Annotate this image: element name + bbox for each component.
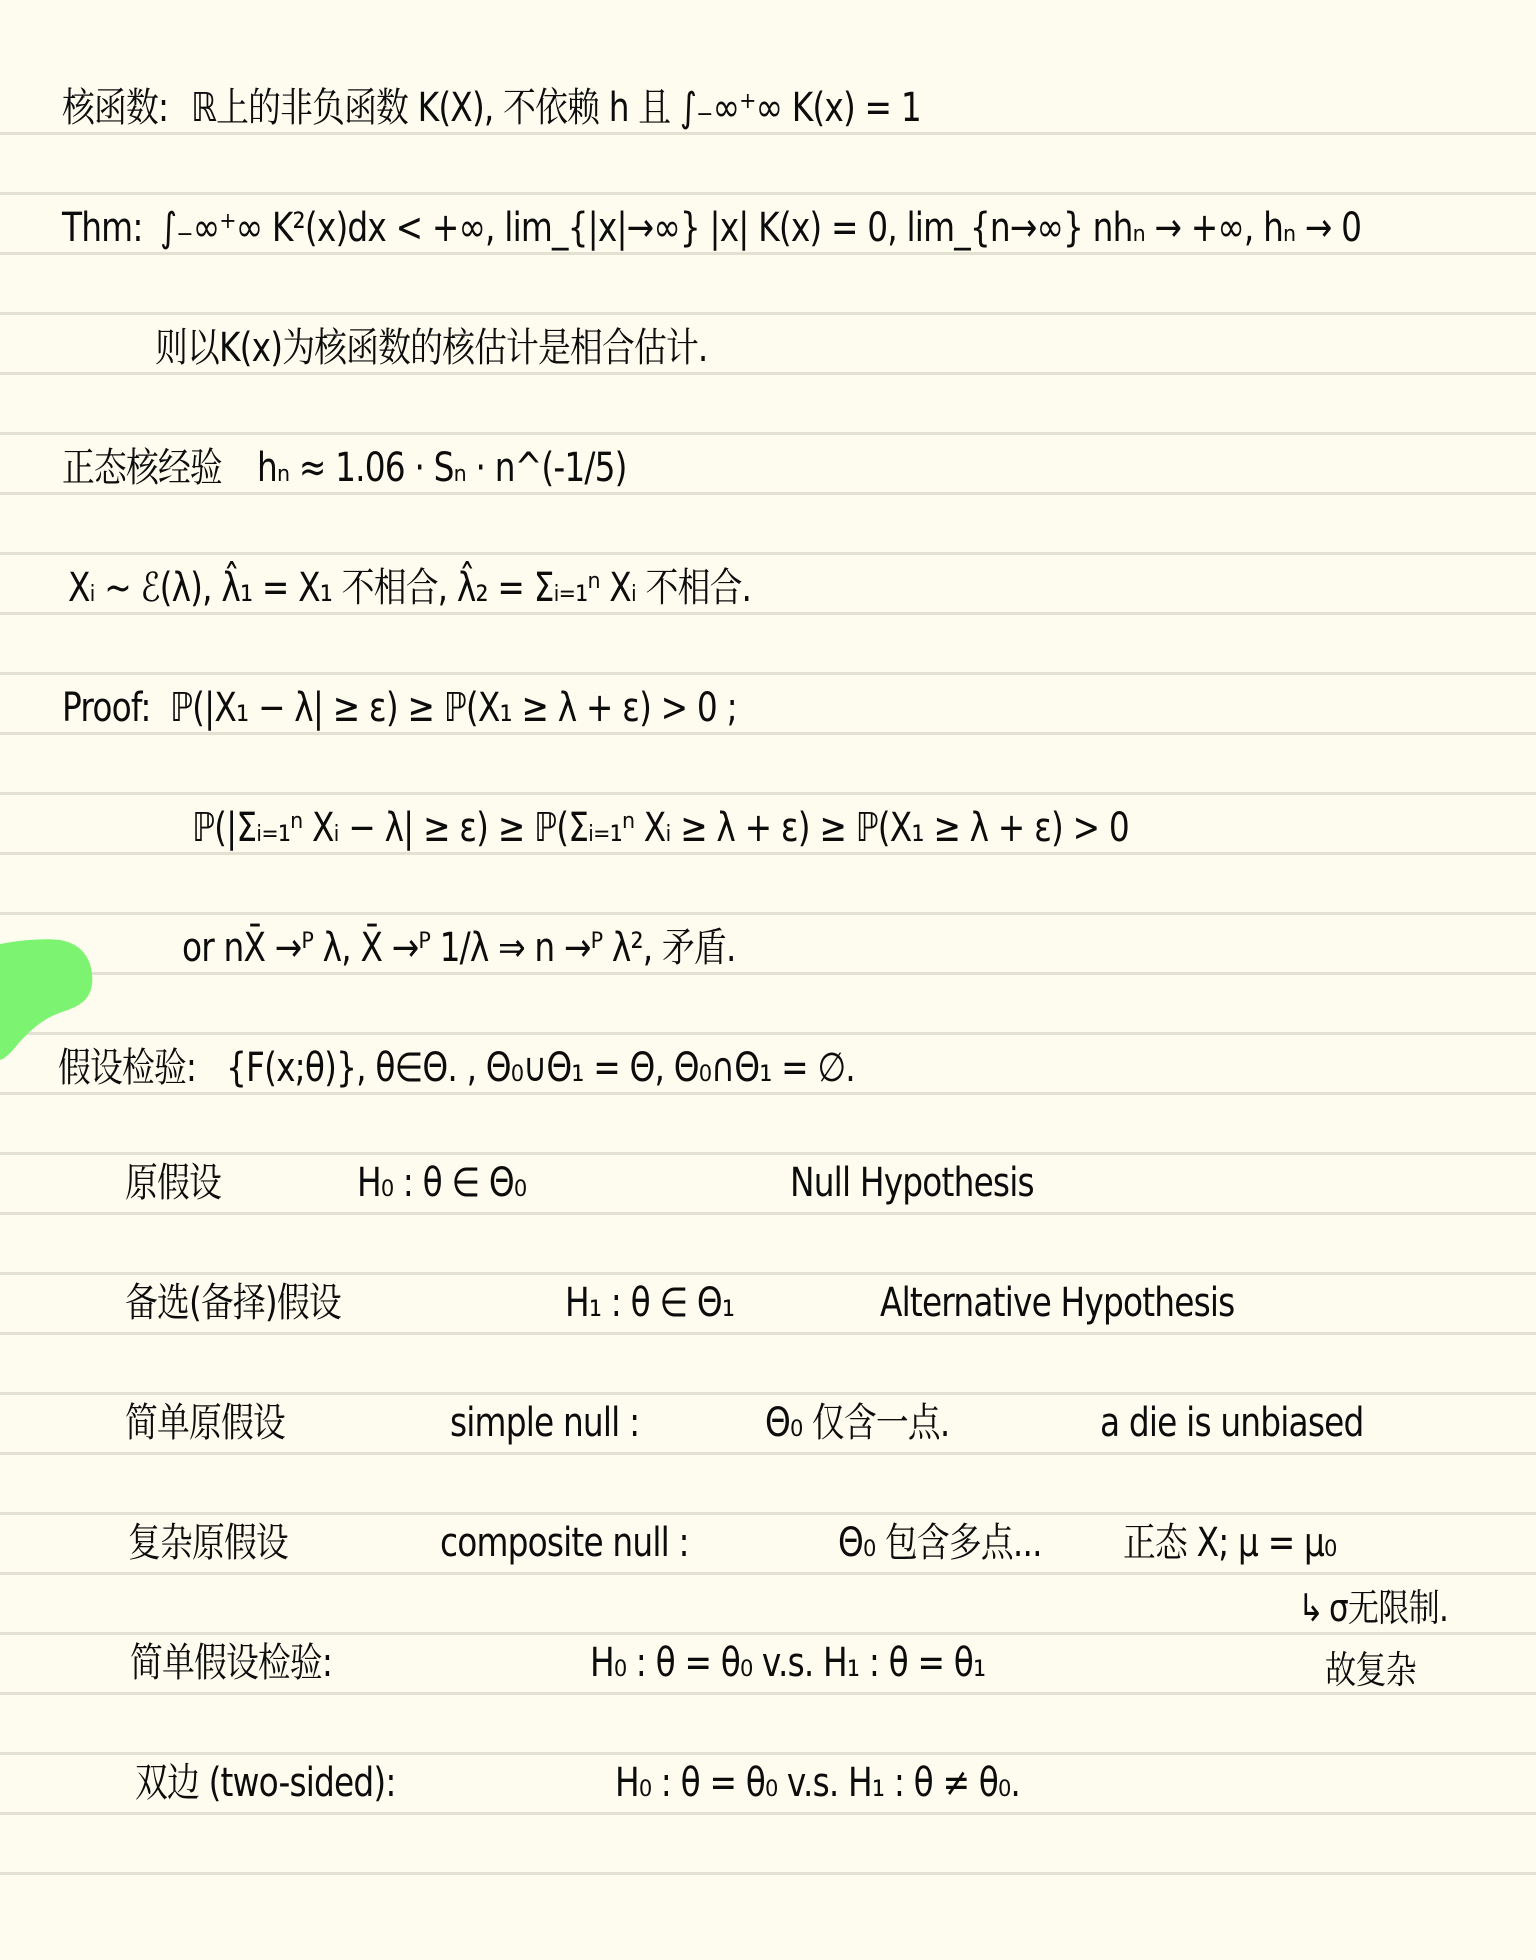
kernel-definition-line: 核函数: ℝ上的非负函数 K(X), 不依赖 h 且 ∫₋∞⁺∞ K(x) = … <box>62 73 1082 133</box>
normal-kernel-formula: hₙ ≈ 1.06 · Sₙ · n^(-1/5) <box>257 443 627 493</box>
theorem-conclusion-line: 则以K(x)为核函数的核估计是相合估计. <box>155 313 829 373</box>
alternative-hypothesis-formula: H₁ : θ ∈ Θ₁ <box>565 1278 734 1328</box>
normal-kernel-rule-line: 正态核经验 hₙ ≈ 1.06 · Sₙ · n^(-1/5) <box>62 433 708 493</box>
alternative-hypothesis-line: 备选(备择)假设 H₁ : θ ∈ Θ₁ Alternative Hypothe… <box>125 1273 1375 1333</box>
kernel-definition-text: ℝ上的非负函数 K(X), 不依赖 h 且 ∫₋∞⁺∞ K(x) = 1 <box>191 83 921 133</box>
composite-null-example: 正态 X; μ = μ₀ <box>1123 1518 1336 1568</box>
two-sided-line: 双边 (two-sided): H₀ : θ = θ₀ v.s. H₁ : θ … <box>135 1753 1235 1813</box>
annotation-note-1: ↳ σ无限制. <box>1298 1573 1474 1633</box>
simple-null-example: a die is unbiased <box>1100 1398 1363 1448</box>
null-hypothesis-line: 原假设 H₀ : θ ∈ Θ₀ Null Hypothesis <box>125 1153 1325 1213</box>
annotation-text-2: 故复杂 <box>1325 1645 1416 1695</box>
simple-null-term: simple null : <box>450 1398 639 1448</box>
exponential-example-line: Xᵢ ~ ℰ(λ), λ̂₁ = X₁ 不相合, λ̂₂ = Σᵢ₌₁ⁿ Xᵢ … <box>68 553 901 613</box>
two-sided-label: 双边 (two-sided): <box>135 1758 396 1808</box>
alternative-hypothesis-english: Alternative Hypothesis <box>880 1278 1234 1328</box>
null-hypothesis-label: 原假设 <box>125 1158 221 1208</box>
null-hypothesis-formula: H₀ : θ ∈ Θ₀ <box>357 1158 526 1208</box>
kernel-definition-label: 核函数: <box>62 83 168 133</box>
alternative-hypothesis-label: 备选(备择)假设 <box>125 1278 341 1328</box>
simple-test-formula: H₀ : θ = θ₀ v.s. H₁ : θ = θ₁ <box>590 1638 985 1688</box>
hypothesis-testing-label: 假设检验: <box>58 1043 196 1093</box>
proof-line-2: ℙ(|Σᵢ₌₁ⁿ Xᵢ − λ| ≥ ε) ≥ ℙ(Σᵢ₌₁ⁿ Xᵢ ≥ λ +… <box>192 793 1335 853</box>
theorem-conclusion-text: 则以K(x)为核函数的核估计是相合估计. <box>155 323 708 373</box>
proof-step-2: ℙ(|Σᵢ₌₁ⁿ Xᵢ − λ| ≥ ε) ≥ ℙ(Σᵢ₌₁ⁿ Xᵢ ≥ λ +… <box>192 803 1129 853</box>
theorem-conditions: ∫₋∞⁺∞ K²(x)dx < +∞, lim_{|x|→∞} |x| K(x)… <box>160 203 1361 253</box>
annotation-arrow-icon: ↳ <box>1298 1583 1323 1633</box>
proof-step-3: or nX̄ →ᴾ λ, X̄ →ᴾ 1/λ ⇒ n →ᴾ λ², 矛盾. <box>182 923 736 973</box>
proof-line-3: or nX̄ →ᴾ λ, X̄ →ᴾ 1/λ ⇒ n →ᴾ λ², 矛盾. <box>182 913 857 973</box>
proof-label: Proof: <box>62 683 151 733</box>
hypothesis-testing-line: 假设检验: {F(x;θ)}, θ∈Θ. , Θ₀∪Θ₁ = Θ, Θ₀∩Θ₁ … <box>58 1033 993 1093</box>
normal-kernel-label: 正态核经验 <box>62 443 222 493</box>
composite-null-desc: Θ₀ 包含多点... <box>838 1518 1042 1568</box>
theorem-line: Thm: ∫₋∞⁺∞ K²(x)dx < +∞, lim_{|x|→∞} |x|… <box>62 193 1536 253</box>
simple-null-line: 简单原假设 simple null : Θ₀ 仅含一点. a die is un… <box>125 1393 1445 1453</box>
proof-line-1: Proof: ℙ(|X₁ − λ| ≥ ε) ≥ ℙ(X₁ ≥ λ + ε) >… <box>62 673 861 733</box>
hypothesis-testing-text: {F(x;θ)}, θ∈Θ. , Θ₀∪Θ₁ = Θ, Θ₀∩Θ₁ = ∅. <box>226 1043 855 1093</box>
null-hypothesis-english: Null Hypothesis <box>790 1158 1034 1208</box>
simple-null-label: 简单原假设 <box>125 1398 285 1448</box>
simple-null-desc: Θ₀ 仅含一点. <box>765 1398 949 1448</box>
simple-test-line: 简单假设检验: H₀ : θ = θ₀ v.s. H₁ : θ = θ₁ 故复杂 <box>130 1633 1460 1693</box>
composite-null-label: 复杂原假设 <box>128 1518 288 1568</box>
composite-null-line: 复杂原假设 composite null : Θ₀ 包含多点... 正态 X; … <box>128 1513 1428 1573</box>
exponential-example-text: Xᵢ ~ ℰ(λ), λ̂₁ = X₁ 不相合, λ̂₂ = Σᵢ₌₁ⁿ Xᵢ … <box>68 563 751 613</box>
ruled-line <box>0 1872 1536 1875</box>
composite-null-term: composite null : <box>440 1518 689 1568</box>
theorem-label: Thm: <box>62 203 143 253</box>
proof-step-1: ℙ(|X₁ − λ| ≥ ε) ≥ ℙ(X₁ ≥ λ + ε) > 0 ; <box>170 683 737 733</box>
simple-test-label: 简单假设检验: <box>130 1638 332 1688</box>
annotation-text-1: σ无限制. <box>1329 1583 1448 1633</box>
two-sided-formula: H₀ : θ = θ₀ v.s. H₁ : θ ≠ θ₀. <box>615 1758 1020 1808</box>
